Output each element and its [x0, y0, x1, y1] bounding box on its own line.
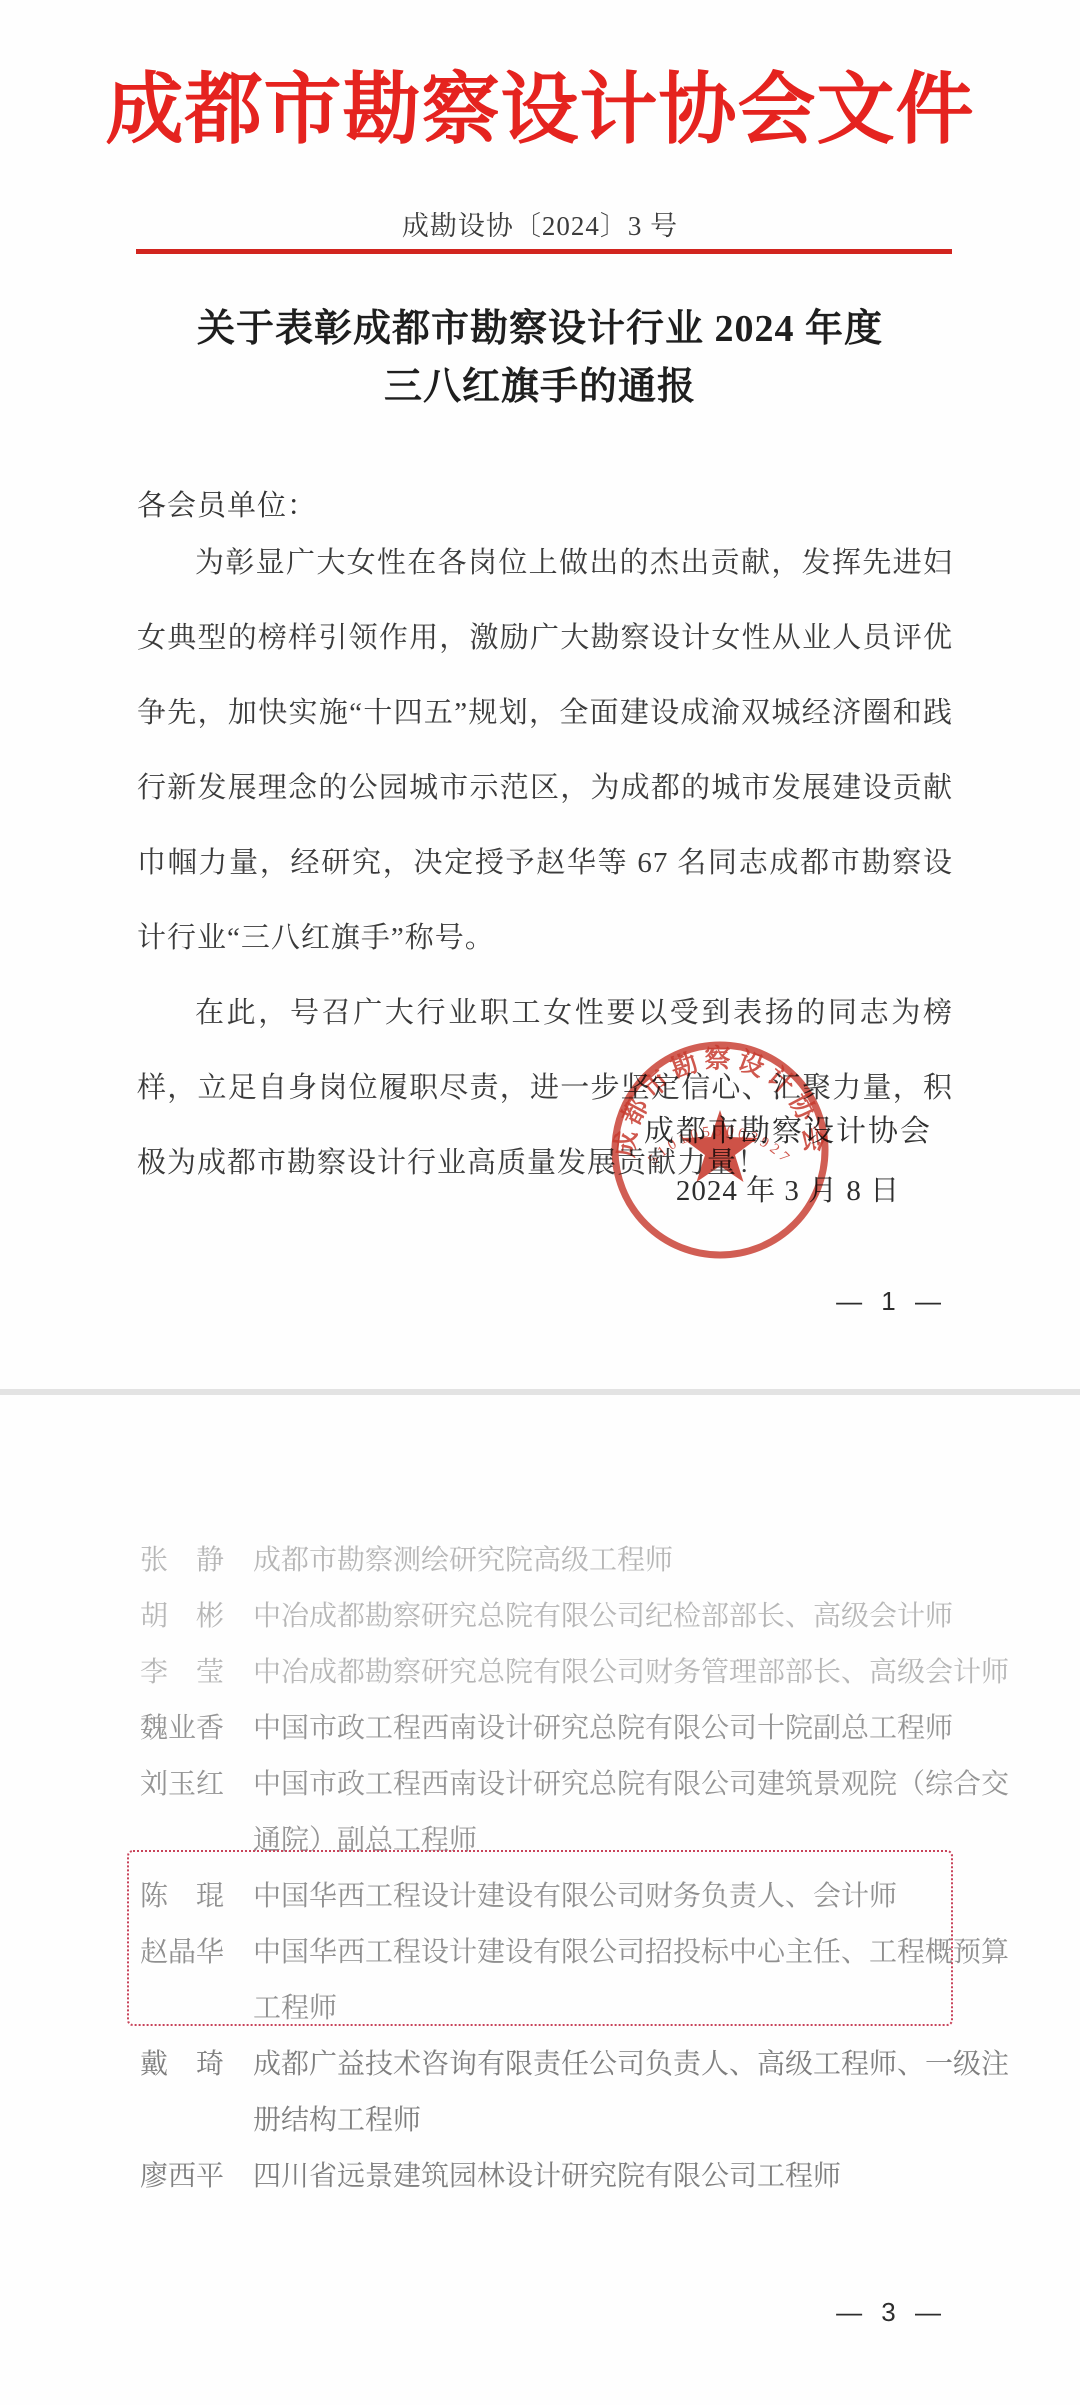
notice-title-line2: 三八红旗手的通报	[0, 358, 1080, 416]
list-item: 廖西平 四川省远景建筑园林设计研究院有限公司工程师	[127, 2149, 1029, 2205]
salutation: 各会员单位：	[137, 483, 317, 524]
awardee-name: 胡 彬	[140, 1589, 253, 1645]
page-number-3: — 3 —	[836, 2297, 947, 2328]
notice-title-line1: 关于表彰成都市勘察设计行业 2024 年度	[0, 300, 1080, 358]
awardee-name: 陈 琨	[140, 1869, 253, 1925]
red-letterhead-title: 成都市勘察设计协会文件	[0, 50, 1080, 170]
awardee-title: 中国华西工程设计建设有限公司招投标中心主任、工程概预算工程师	[253, 1925, 1015, 2037]
awardee-title: 成都广益技术咨询有限责任公司负责人、高级工程师、一级注册结构工程师	[253, 2037, 1015, 2149]
page-number-1: — 1 —	[836, 1286, 947, 1317]
awardee-name: 李 莹	[140, 1645, 253, 1701]
notice-title: 关于表彰成都市勘察设计行业 2024 年度 三八红旗手的通报	[0, 300, 1080, 416]
awardee-list: 张 静 成都市勘察测绘研究院高级工程师 胡 彬 中冶成都勘察研究总院有限公司纪检…	[127, 1533, 1029, 2205]
list-item-highlighted: 赵晶华 中国华西工程设计建设有限公司招投标中心主任、工程概预算工程师	[127, 1925, 1029, 2037]
awardee-name: 廖西平	[140, 2149, 253, 2205]
awardee-title: 中冶成都勘察研究总院有限公司财务管理部部长、高级会计师	[253, 1645, 1015, 1701]
list-item: 李 莹 中冶成都勘察研究总院有限公司财务管理部部长、高级会计师	[127, 1645, 1029, 1701]
seal-star-icon	[682, 1110, 758, 1182]
document-scan: 成都市勘察设计协会文件 成勘设协〔2024〕3 号 关于表彰成都市勘察设计行业 …	[0, 0, 1080, 2405]
list-item: 魏业香 中国市政工程西南设计研究总院有限公司十院副总工程师	[127, 1701, 1029, 1757]
awardee-title: 中冶成都勘察研究总院有限公司纪检部部长、高级会计师	[253, 1589, 1015, 1645]
awardee-name: 魏业香	[140, 1701, 253, 1757]
page-3: 张 静 成都市勘察测绘研究院高级工程师 胡 彬 中冶成都勘察研究总院有限公司纪检…	[0, 1395, 1080, 2405]
awardee-name: 刘玉红	[140, 1757, 253, 1869]
awardee-name: 赵晶华	[140, 1925, 253, 2037]
awardee-title: 中国市政工程西南设计研究总院有限公司十院副总工程师	[253, 1701, 1015, 1757]
list-item: 戴 琦 成都广益技术咨询有限责任公司负责人、高级工程师、一级注册结构工程师	[127, 2037, 1029, 2149]
awardee-title: 中国华西工程设计建设有限公司财务负责人、会计师	[253, 1869, 1015, 1925]
awardee-title: 中国市政工程西南设计研究总院有限公司建筑景观院（综合交通院）副总工程师	[253, 1757, 1015, 1869]
awardee-title: 成都市勘察测绘研究院高级工程师	[253, 1533, 1015, 1589]
list-item-highlighted: 陈 琨 中国华西工程设计建设有限公司财务负责人、会计师	[127, 1869, 1029, 1925]
list-item: 胡 彬 中冶成都勘察研究总院有限公司纪检部部长、高级会计师	[127, 1589, 1029, 1645]
list-item: 刘玉红 中国市政工程西南设计研究总院有限公司建筑景观院（综合交通院）副总工程师	[127, 1757, 1029, 1869]
document-number: 成勘设协〔2024〕3 号	[0, 204, 1080, 243]
awardee-name: 戴 琦	[140, 2037, 253, 2149]
official-seal-stamp-icon: 成都市勘察设计协会 5101055003927	[600, 1030, 840, 1270]
list-item: 张 静 成都市勘察测绘研究院高级工程师	[127, 1533, 1029, 1589]
awardee-title: 四川省远景建筑园林设计研究院有限公司工程师	[253, 2149, 1015, 2205]
awardee-name: 张 静	[140, 1533, 253, 1589]
red-rule-divider	[136, 249, 952, 254]
body-paragraph-1: 为彰显广大女性在各岗位上做出的杰出贡献，发挥先进妇女典型的榜样引领作用，激励广大…	[137, 526, 953, 976]
page-1: 成都市勘察设计协会文件 成勘设协〔2024〕3 号 关于表彰成都市勘察设计行业 …	[0, 0, 1080, 1389]
